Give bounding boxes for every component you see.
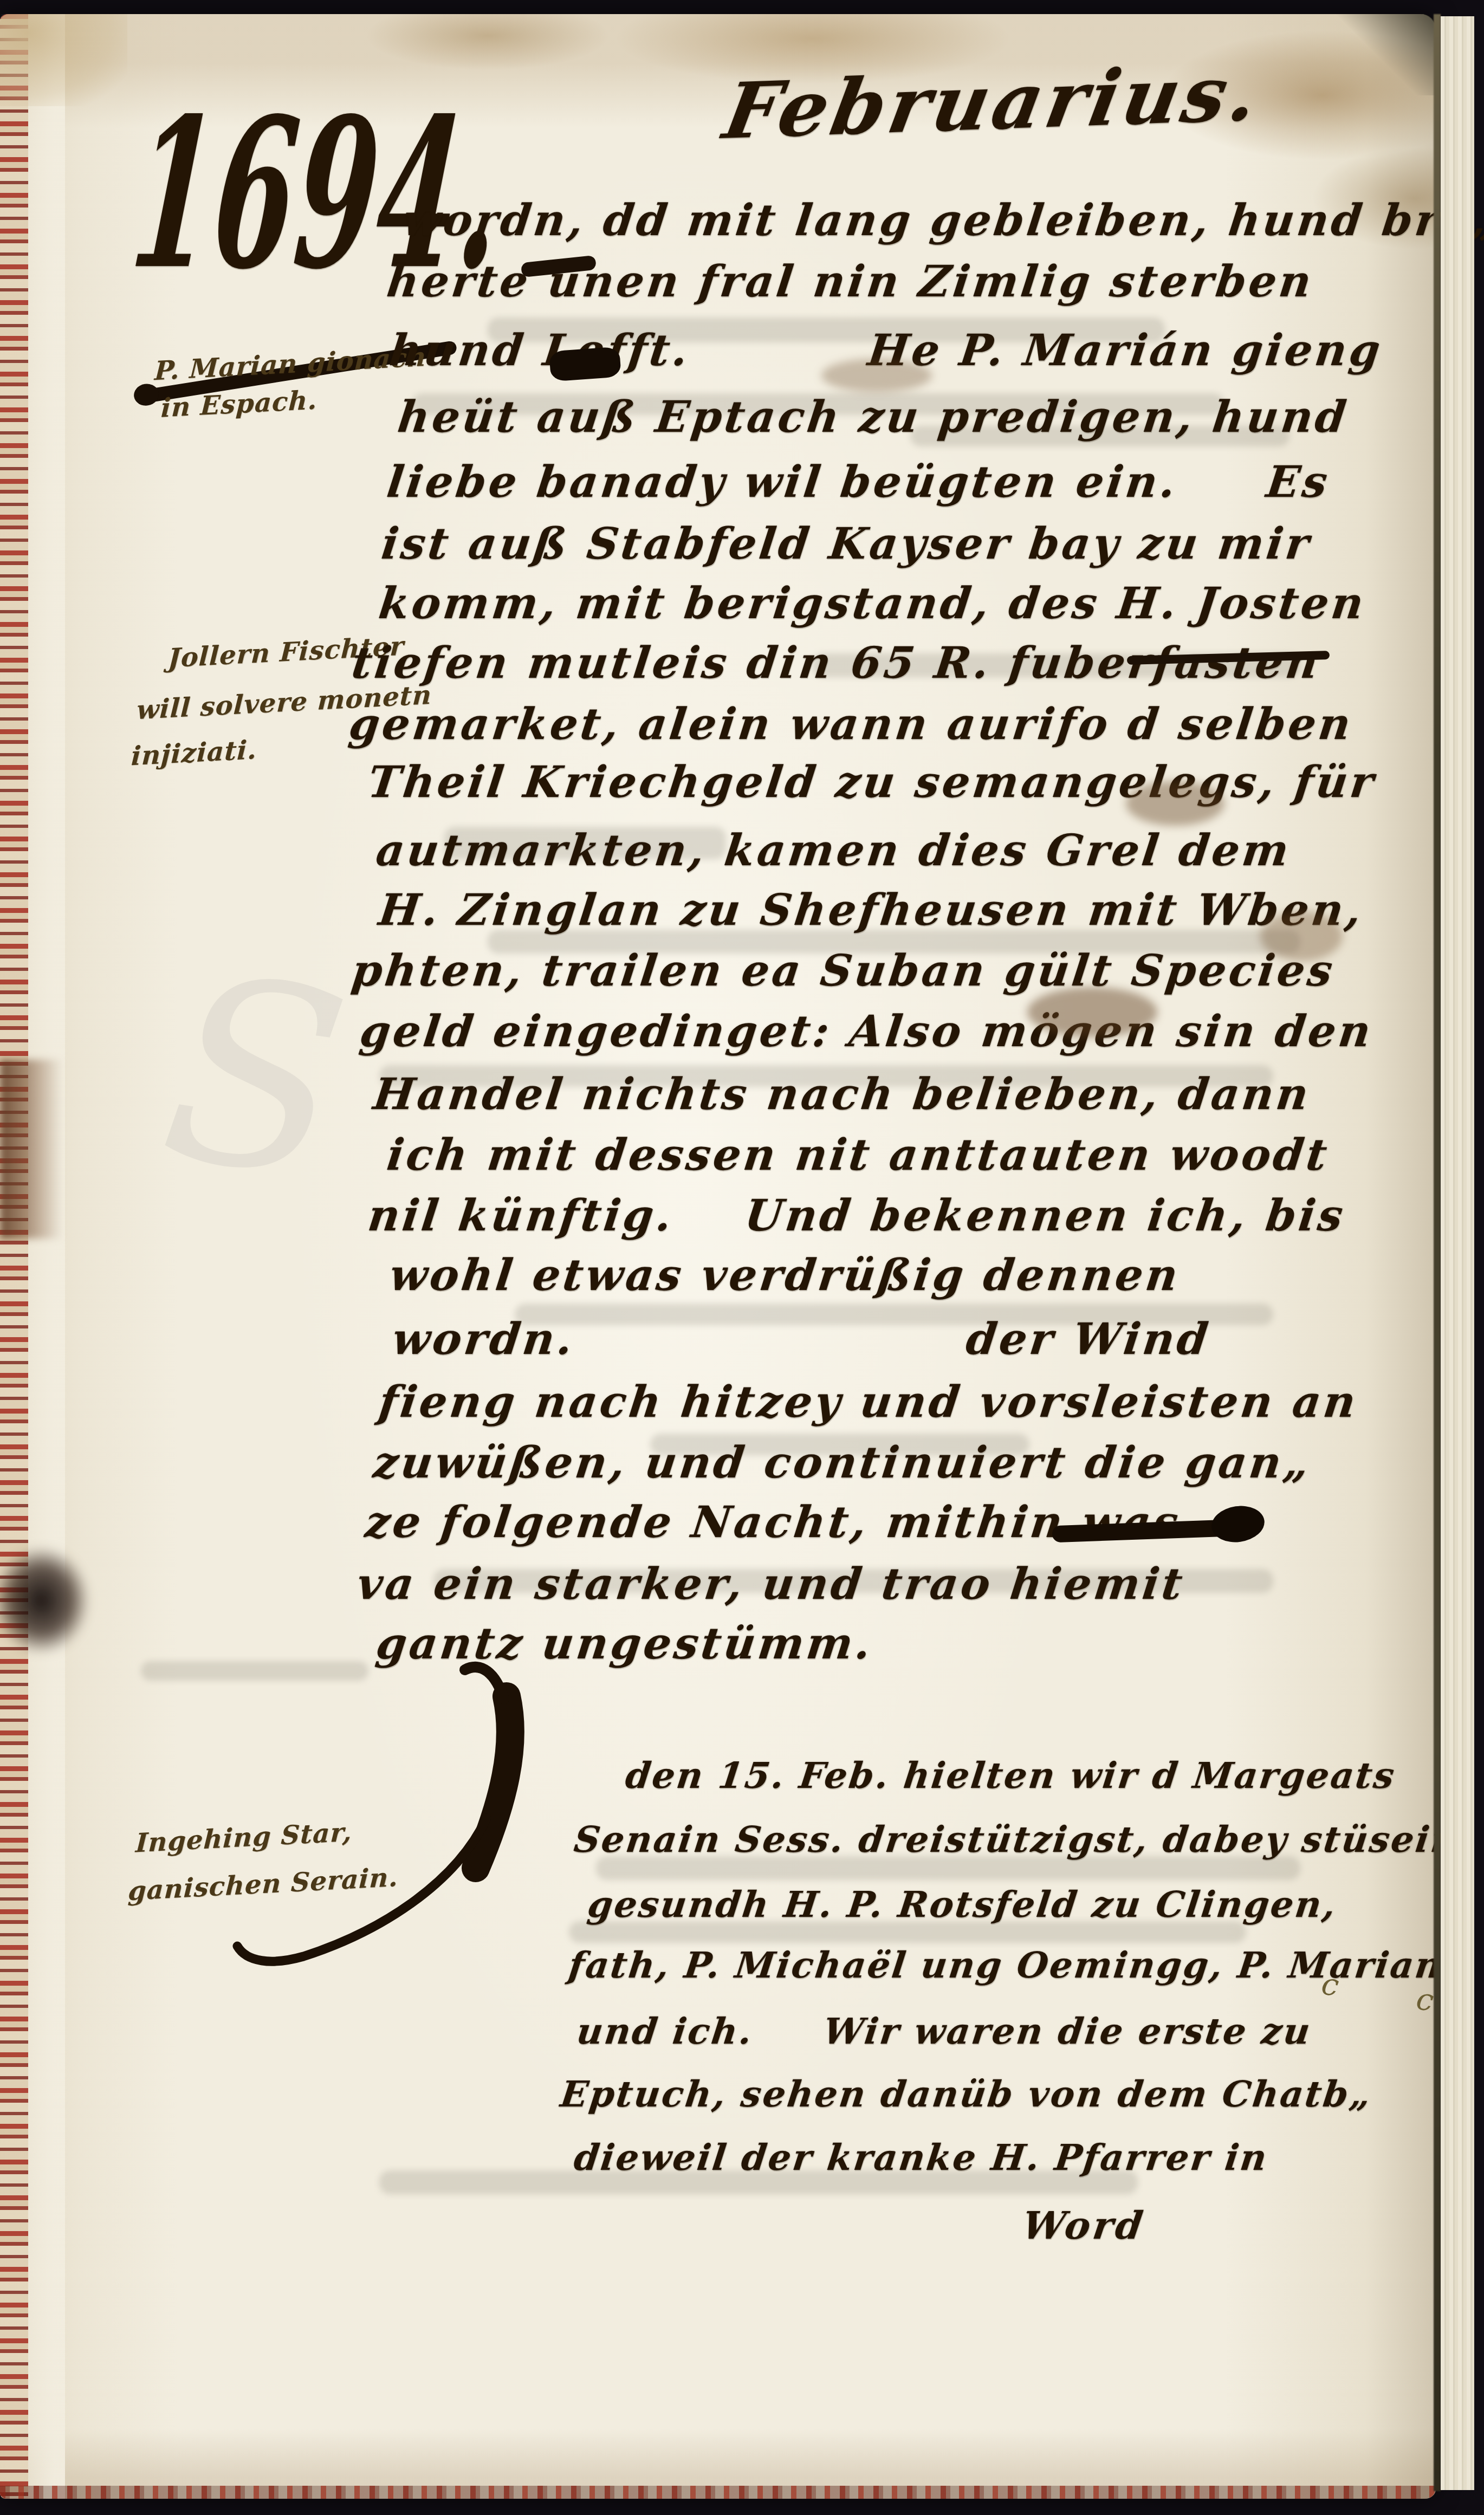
ink-smudge (821, 359, 932, 392)
page-bottom-edge (0, 2486, 1436, 2499)
ink-smudge (1126, 781, 1224, 826)
ink-smudge (1260, 911, 1343, 961)
catchword: Word (1020, 2203, 1148, 2248)
manuscript-page: S 1694. Februarius. P. Marian gionachin … (0, 14, 1436, 2499)
page-crease (1434, 14, 1441, 2491)
ink-smudge (1027, 987, 1157, 1037)
pen-flourish-icon (0, 14, 1436, 2499)
ink-blot (549, 347, 621, 382)
page-stack-edge (1441, 16, 1474, 2490)
